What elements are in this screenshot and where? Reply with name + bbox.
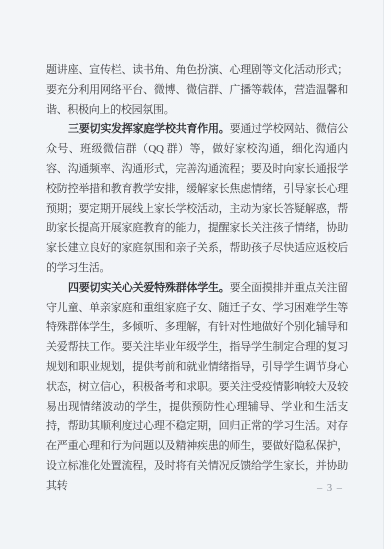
text-block: 题讲座、宣传栏、读书角、角色扮演、心理剧等文化活动形式；要充分利用网络平台、微博… [46,61,348,497]
scan-edge [383,0,391,549]
paragraph: 四要切实关心关爱特殊群体学生。要全面摸排并重点关注留守儿童、单亲家庭和重组家庭子… [46,279,348,497]
section-heading: 三要切实发挥家庭学校共育作用。 [68,123,230,135]
body-text-run: 要通过学校网站、微信公众号、班级微信群（QQ 群）等，做好家校沟通，细化沟通内容… [46,123,348,274]
body-text-run: 要全面摸排并重点关注留守儿童、单亲家庭和重组家庭子女、随迁子女、学习困难学生等特… [46,282,348,492]
document-page: 题讲座、宣传栏、读书角、角色扮演、心理剧等文化活动形式；要充分利用网络平台、微博… [0,0,391,549]
paragraph: 三要切实发挥家庭学校共育作用。要通过学校网站、微信公众号、班级微信群（QQ 群）… [46,120,348,278]
section-heading: 四要切实关心关爱特殊群体学生。 [68,282,230,294]
page-number: – 3 – [308,483,352,494]
paragraph: 题讲座、宣传栏、读书角、角色扮演、心理剧等文化活动形式；要充分利用网络平台、微博… [46,61,348,120]
body-text-run: 题讲座、宣传栏、读书角、角色扮演、心理剧等文化活动形式；要充分利用网络平台、微博… [46,64,348,116]
